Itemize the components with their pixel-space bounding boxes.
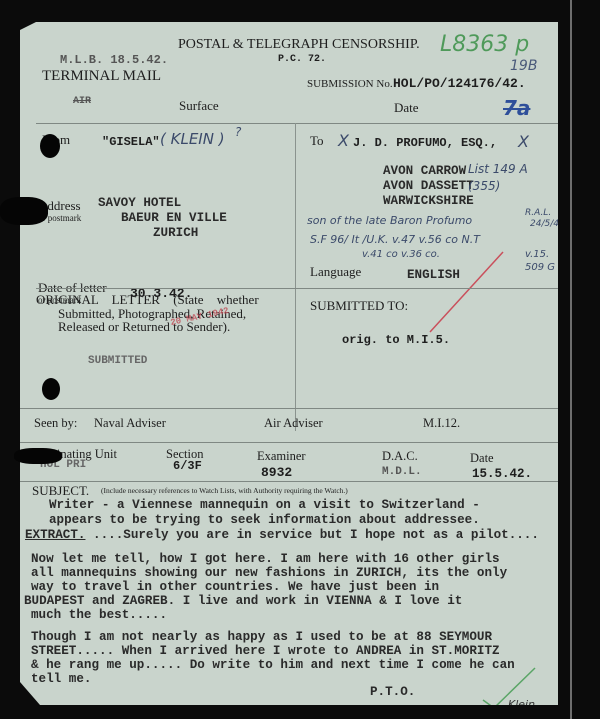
hand-number-ref: (355) <box>468 179 500 193</box>
submitted-to-value: orig. to M.I.5. <box>342 333 450 347</box>
to-name: J. D. PROFUMO, ESQ., <box>353 136 497 150</box>
to-address-line: AVON DASSETT <box>383 179 474 194</box>
date-label: Date <box>470 451 494 466</box>
extract-label: EXTRACT. <box>25 528 85 542</box>
letter-line: BUDAPEST and ZAGREB. I live and work in … <box>24 594 462 609</box>
punch-hole <box>0 197 48 225</box>
hand-note: son of the late Baron Profumo <box>307 214 472 227</box>
original-letter-status: SUBMITTED <box>88 355 147 367</box>
date-value: 15.5.42. <box>472 467 532 481</box>
green-tick <box>480 662 540 712</box>
from-name: "GISELA" <box>102 135 160 149</box>
hand-note: S.F 96/ It /U.K. v.47 v.56 co N.T <box>310 233 480 246</box>
divider <box>20 408 558 409</box>
original-letter-label: Released or Returned to Sender). <box>58 319 230 335</box>
divider <box>20 481 558 482</box>
form-code: P.C. 72. <box>278 54 326 65</box>
submission-label: SUBMISSION No. <box>307 78 393 90</box>
divider <box>36 288 558 289</box>
extract-line: EXTRACT. ....Surely you are in service b… <box>25 528 539 543</box>
letter-line: Though I am not nearly as happy as I use… <box>31 630 492 645</box>
extract-text: ....Surely you are in service but I hope… <box>85 528 538 542</box>
letter-line: STREET..... When I arrived here I wrote … <box>31 644 500 659</box>
punch-hole <box>42 378 60 400</box>
hand-initials: R.A.L. <box>525 208 551 218</box>
language-label: Language <box>310 264 361 280</box>
hand-note: v.15. <box>525 249 549 260</box>
green-annotation: L8363 p <box>440 32 529 57</box>
from-address-line: ZURICH <box>153 226 198 241</box>
section-value: 6/3F <box>173 459 202 473</box>
pencil-annotation: 19B <box>510 58 537 74</box>
censorship-form: POSTAL & TELEGRAPH CENSORSHIP. P.C. 72. … <box>20 22 558 705</box>
letter-line: tell me. <box>31 672 91 687</box>
subject-summary-line: Writer - a Viennese mannequin on a visit… <box>49 498 480 513</box>
air-struck: AIR <box>73 96 91 107</box>
naval-adviser: Naval Adviser <box>94 416 166 431</box>
letter-line: all mannequins showing our new fashions … <box>31 566 507 581</box>
letter-line: way to travel in other countries. We hav… <box>31 580 439 595</box>
air-adviser: Air Adviser <box>264 416 323 431</box>
seen-by-label: Seen by: <box>34 416 77 431</box>
mail-type: TERMINAL MAIL <box>42 68 161 85</box>
subject-label: SUBJECT. <box>32 483 89 499</box>
to-address-line: WARWICKSHIRE <box>383 194 474 209</box>
letter-line: much the best..... <box>31 608 167 623</box>
from-address-line: BAEUR EN VILLE <box>121 211 227 226</box>
punch-hole <box>40 134 60 158</box>
dac-value: M.D.L. <box>382 466 422 478</box>
form-title: POSTAL & TELEGRAPH CENSORSHIP. <box>178 37 420 53</box>
surface-label: Surface <box>179 98 219 114</box>
mlb-stamp: M.L.B. 18.5.42. <box>60 53 168 67</box>
examiner-value: 8932 <box>261 465 292 480</box>
hand-note: 509 G <box>525 262 555 273</box>
punch-hole <box>14 448 62 464</box>
dac-label: D.A.C. <box>382 449 418 464</box>
subject-note: (Include necessary references to Watch L… <box>101 486 348 495</box>
cross-mark: X <box>338 131 349 150</box>
submitted-to-label: SUBMITTED TO: <box>310 298 408 314</box>
blue-annotation: 7a <box>503 96 530 120</box>
divider <box>36 123 558 124</box>
scanner-edge <box>570 0 572 719</box>
hand-date: 24/5/42 <box>530 219 565 229</box>
letter-line: Now let me tell, how I got here. I am he… <box>31 552 500 567</box>
to-label: To <box>310 133 324 149</box>
divider <box>20 442 558 443</box>
to-address-line: AVON CARROW <box>383 164 466 179</box>
column-divider <box>295 123 296 431</box>
from-question-mark: ? <box>235 125 241 139</box>
submission-number: HOL/PO/124176/42. <box>393 76 526 91</box>
from-name-handwritten: ( KLEIN ) <box>160 130 225 148</box>
subject-summary-line: appears to be trying to seek information… <box>49 513 480 528</box>
from-address-line: SAVOY HOTEL <box>98 196 181 211</box>
examiner-label: Examiner <box>257 449 306 464</box>
red-pencil-stroke <box>420 247 510 337</box>
mi12: M.I.12. <box>423 416 460 431</box>
hand-list-ref: List 149 A <box>468 162 528 176</box>
pto: P.T.O. <box>370 685 415 700</box>
letter-line: & he rang me up..... Do write to him and… <box>31 658 515 673</box>
cross-mark: X <box>518 132 529 151</box>
date-label: Date <box>394 100 419 116</box>
